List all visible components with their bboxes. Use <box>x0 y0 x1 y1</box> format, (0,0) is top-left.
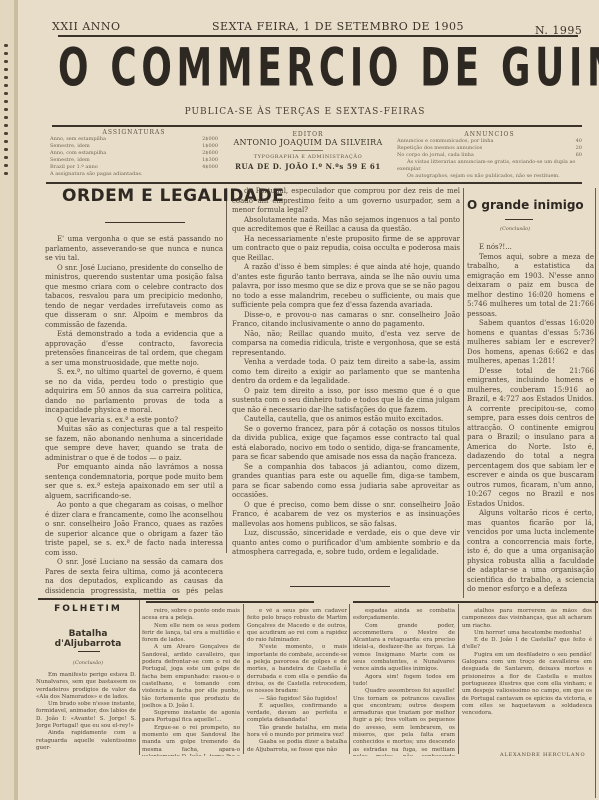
paragraph: Fugira em um desfiladeiro o seu pendão! … <box>462 652 592 718</box>
paragraph: Disse-o, e provou-o nas camaras o snr. c… <box>232 311 460 330</box>
title-rule <box>105 222 185 223</box>
paragraph: Venha a verdade toda. O paiz tem direito… <box>232 358 460 387</box>
paragraph: — São fugidos! São fugidos! <box>247 696 347 703</box>
editor-label: EDITOR <box>228 131 388 138</box>
ad-rate-price: 20 <box>576 145 582 152</box>
masthead-rule <box>52 125 582 127</box>
info-rule <box>46 182 582 184</box>
folhetim-column-1: Em manifesto perigo estava D. Nunalvares… <box>36 672 136 756</box>
volume-label: XXII ANNO <box>52 20 121 33</box>
paragraph: Absolutamente nada. Mas não sejamos inge… <box>232 216 460 235</box>
paragraph: Supremo instante de agonia para Portugal… <box>142 710 240 725</box>
editor-box: EDITOR ANTONIO JOAQUIM DA SILVEIRA TYPOG… <box>228 131 388 171</box>
paragraph: Por emquanto ainda não lavrámos a nossa … <box>45 463 223 501</box>
binding-stitches <box>0 0 15 800</box>
issue-date: SEXTA FEIRA, 1 DE SETEMBRO DE 1905 <box>212 20 464 33</box>
paragraph: Cautella, cautella, que os animos estão … <box>232 415 460 425</box>
subscription-label: Semestre, idem <box>50 143 90 150</box>
subscription-price: 2$600 <box>202 150 218 157</box>
paragraph: O que é preciso, como bem disse o snr. c… <box>232 501 460 530</box>
paragraph: Não, não; Reillac quando muito, d'esta v… <box>232 330 460 359</box>
column-divider <box>595 188 596 798</box>
ornament-rule <box>290 586 390 587</box>
subscription-row: Anno, com estampilha2$600 <box>50 150 218 157</box>
subscription-price: 2$000 <box>202 136 218 143</box>
article-body-column-1: E' uma vergonha o que se está passando n… <box>45 235 223 595</box>
paragraph: Muitas são as conjecturas que a tal resp… <box>45 425 223 463</box>
subscription-price: 4$000 <box>202 164 218 171</box>
publication-frequency: PUBLICA-SE ÀS TERÇAS E SEXTAS-FEIRAS <box>140 107 470 117</box>
paragraph: atalhos para morrerem ás mãos dos campon… <box>462 608 592 630</box>
folhetim-divider <box>139 600 140 755</box>
folhetim-subtitle: (Conclusão) <box>38 660 138 666</box>
paragraph: Em manifesto perigo estava D. Nunalvares… <box>36 672 136 701</box>
paragraph: Está demonstrado a toda a evidencia que … <box>45 330 223 368</box>
folhetim-column-2: reiro, sobre o ponto onde mais acesa era… <box>142 608 240 756</box>
ad-rate-row: Annuncios e communicados, por linha40 <box>397 138 582 145</box>
paragraph: Gaaba se podia dizer a batalha de Aljuba… <box>247 739 347 754</box>
paragraph: Tão grande batalha, em meia hora vê o mu… <box>247 725 347 740</box>
ad-rate-label: Annuncios e communicados, por linha <box>397 138 493 145</box>
folhetim-label: FOLHETIM <box>38 604 138 614</box>
paragraph: Se o governo francez, para pôr á cotação… <box>232 425 460 463</box>
paragraph: Sabem quantos d'essas 16:020 homens e qu… <box>467 319 594 367</box>
paragraph: A razão d'isso é bem simples: é que aind… <box>232 263 460 311</box>
paragraph: O snr. José Luciano, presidente do conse… <box>45 264 223 331</box>
ads-note: Às vistas litterarias annunciam-se grati… <box>397 159 582 173</box>
article-body-column-3: E nós?!...Temos aqui, sobre a meza de tr… <box>467 243 594 601</box>
column-divider <box>226 188 227 553</box>
folhetim-rule <box>38 598 178 600</box>
paragraph: Agora sim! fogem todos em tudo! <box>353 674 455 689</box>
subscription-label: Semestre, idem <box>50 157 90 164</box>
folhetim-column-3: e vê a seus pés um cadaver feito pelo br… <box>247 608 347 756</box>
subscriptions-note: A assignatura são pagas adiantadas. <box>50 171 218 178</box>
article-body-column-2: de Portugal, especulador que comprou por… <box>232 187 460 567</box>
paragraph: E de D. João I de Castella? que feito é … <box>462 637 592 652</box>
subscription-row: Semestre, idem1$000 <box>50 143 218 150</box>
paragraph: N'este momento, o mais importante do com… <box>247 644 347 695</box>
subscription-price: 1$300 <box>202 157 218 164</box>
folhetim-column-4: espadas ainda se combatia esforçadamente… <box>353 608 455 756</box>
paragraph: S. ex.ª, no ultimo quartel de governo, é… <box>45 368 223 416</box>
ad-rate-row: No corpo do jornal, cada linha60 <box>397 152 582 159</box>
subscriptions-box: ASSIGNATURAS Anno, sem estampilha2$000Se… <box>50 129 218 178</box>
paragraph: E nós?!... <box>467 243 594 253</box>
article-subtitle-2: (Conclusão) <box>500 226 530 232</box>
paragraph: de Portugal, especulador que comprou por… <box>232 187 460 216</box>
ad-rate-row: Repetição dos mesmos annuncios20 <box>397 145 582 152</box>
paragraph: Ha necessariamente n'este proposito firm… <box>232 235 460 264</box>
folhetim-divider <box>349 604 350 754</box>
paragraph: Com grande poder, accommettera o Mestre … <box>353 623 455 674</box>
office-address: RUA DE D. JOÃO I.º N.ºs 59 E 61 <box>228 162 388 171</box>
paragraph: Se a companhia dos tabacos já adiantou, … <box>232 463 460 501</box>
paragraph: E aquelles, confirmando a verdade, davam… <box>247 703 347 725</box>
ads-title: ANNUNCIOS <box>397 131 582 138</box>
subscriptions-title: ASSIGNATURAS <box>50 129 218 136</box>
folhetim-title: Batalha d'Aljubarrota <box>38 629 138 649</box>
subscription-row: Semestre, idem1$300 <box>50 157 218 164</box>
folhetim-rule <box>353 601 598 603</box>
subscription-row: Brazil por 1.º anno4$000 <box>50 164 218 171</box>
folhetim-divider <box>243 604 244 754</box>
masthead-title: O COMMERCIO DE GUIMARÃES <box>58 36 464 98</box>
column-divider <box>463 188 464 598</box>
article-title-2: O grande inimigo <box>467 198 584 212</box>
editor-name: ANTONIO JOAQUIM DA SILVEIRA <box>228 138 388 147</box>
paragraph: Ainda rapidamente com a retaguarda aquel… <box>36 730 136 752</box>
paragraph: Luz, discussão, sinceridade e verdade, e… <box>232 529 460 558</box>
paragraph: Ao ponto a que chegaram as coisas, o mel… <box>45 501 223 558</box>
paragraph: reiro, sobre o ponto onde mais acesa era… <box>142 608 240 623</box>
paragraph: Um brado sobe n'esse instante, formidave… <box>36 701 136 730</box>
paragraph: Temos aqui, sobre a meza de trabalho, a … <box>467 253 594 320</box>
folhetim-rule <box>146 601 314 603</box>
paragraph: D'esse total de 21:766 emigrantes, inclu… <box>467 367 594 510</box>
paragraph: O paiz tem direito a isso, por isso mesm… <box>232 387 460 416</box>
paragraph: Ergue-se o rei prompeto, no momento em q… <box>142 725 240 756</box>
paragraph: Quadro assombroso foi aquelle! Uns torna… <box>353 688 455 756</box>
paragraph: e vê a seus pés um cadaver feito pelo br… <box>247 608 347 644</box>
ad-rate-label: Repetição dos mesmos annuncios <box>397 145 482 152</box>
paragraph: Nem elle nem os seus podem ferir de lanç… <box>142 623 240 645</box>
subscription-row: Anno, sem estampilha2$000 <box>50 136 218 143</box>
title-rule-2 <box>505 219 533 220</box>
paragraph: espadas ainda se combatia esforçadamente… <box>353 608 455 623</box>
paragraph: Alguns voltarão ricos é certo, mas quant… <box>467 509 594 595</box>
folhetim-column-5: atalhos para morrerem ás mãos dos campon… <box>462 608 592 736</box>
subscription-price: 1$000 <box>202 143 218 150</box>
folhetim-title-rule <box>78 651 100 652</box>
paragraph: O que levaria s. ex.ª a este ponto? <box>45 416 223 426</box>
folhetim-signature: ALEXANDRE HERCULANO <box>500 752 585 758</box>
office-label: TYPOGRAPHIA E ADMINISTRAÇÃO <box>228 154 388 160</box>
subscription-label: Brazil por 1.º anno <box>50 164 98 171</box>
folhetim-divider <box>458 604 459 754</box>
ad-rate-price: 40 <box>576 138 582 145</box>
subscription-label: Anno, com estampilha <box>50 150 106 157</box>
ad-rate-price: 60 <box>576 152 582 159</box>
paragraph: O snr. José Luciano na sessão da camara … <box>45 558 223 595</box>
ad-rate-label: No corpo do jornal, cada linha <box>397 152 474 159</box>
ads-note-2: Os autographos, sejam ou não publicados,… <box>397 173 582 180</box>
subscription-label: Anno, sem estampilha <box>50 136 106 143</box>
paragraph: A um Alvaro Gonçalves de Sandoval, ardid… <box>142 644 240 710</box>
ads-box: ANNUNCIOS Annuncios e communicados, por … <box>397 131 582 180</box>
paragraph: E' uma vergonha o que se está passando n… <box>45 235 223 264</box>
